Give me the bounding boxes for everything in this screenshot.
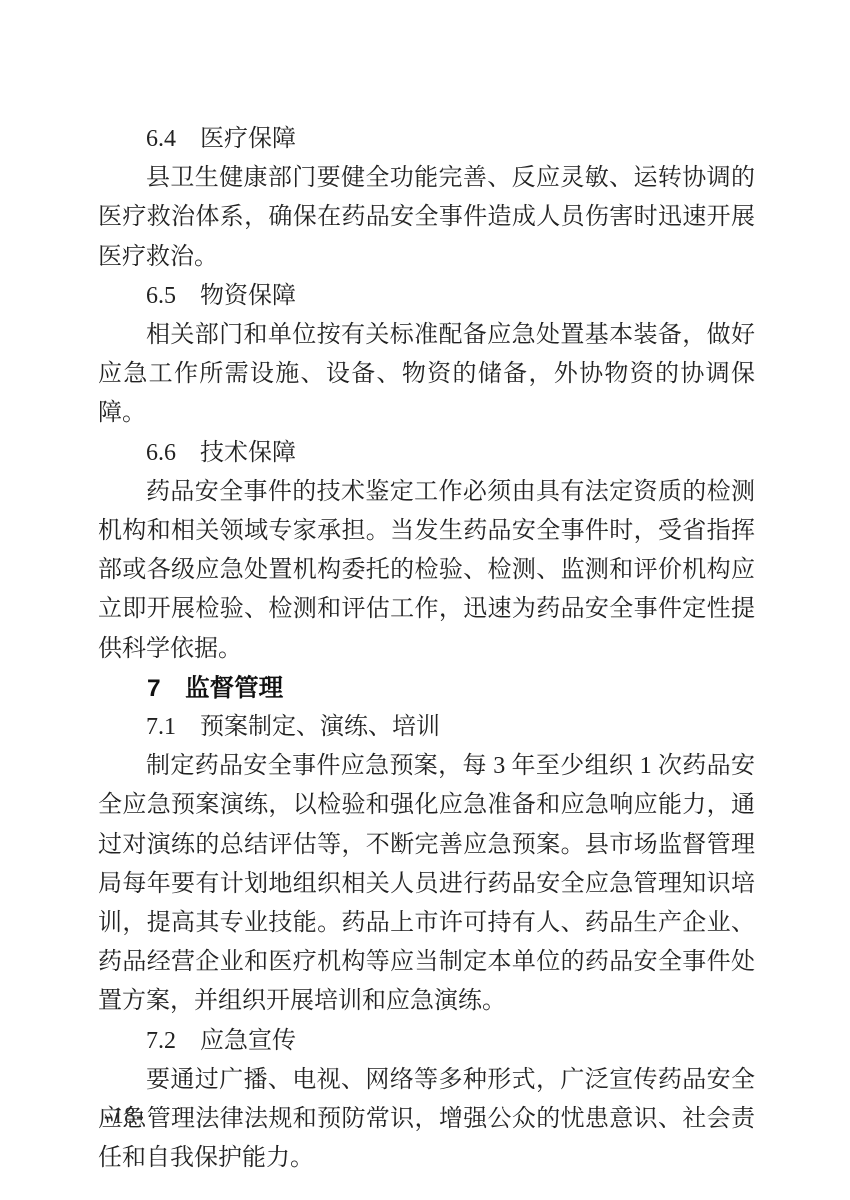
section-heading-7-1: 7.1 预案制定、演练、培训	[98, 708, 755, 747]
document-body: 6.4 医疗保障县卫生健康部门要健全功能完善、反应灵敏、运转协调的医疗救治体系，…	[98, 120, 755, 1178]
section-heading-6-5: 6.5 物资保障	[98, 277, 755, 316]
section-heading-7-2: 7.2 应急宣传	[98, 1022, 755, 1061]
paragraph-6-4: 县卫生健康部门要健全功能完善、反应灵敏、运转协调的医疗救治体系，确保在药品安全事…	[98, 159, 755, 277]
paragraph-6-6: 药品安全事件的技术鉴定工作必须由具有法定资质的检测机构和相关领域专家承担。当发生…	[98, 473, 755, 669]
paragraph-7-1: 制定药品安全事件应急预案，每 3 年至少组织 1 次药品安全应急预案演练，以检验…	[98, 747, 755, 1021]
page-number: -18-	[104, 1103, 144, 1129]
section-heading-6-4: 6.4 医疗保障	[98, 120, 755, 159]
paragraph-7-2: 要通过广播、电视、网络等多种形式，广泛宣传药品安全应急管理法律法规和预防常识，增…	[98, 1061, 755, 1179]
section-heading-6-6: 6.6 技术保障	[98, 434, 755, 473]
paragraph-6-5: 相关部门和单位按有关标准配备应急处置基本装备，做好应急工作所需设施、设备、物资的…	[98, 316, 755, 434]
document-page: 6.4 医疗保障县卫生健康部门要健全功能完善、反应灵敏、运转协调的医疗救治体系，…	[0, 0, 850, 1200]
chapter-heading-7: 7 监督管理	[98, 669, 755, 708]
